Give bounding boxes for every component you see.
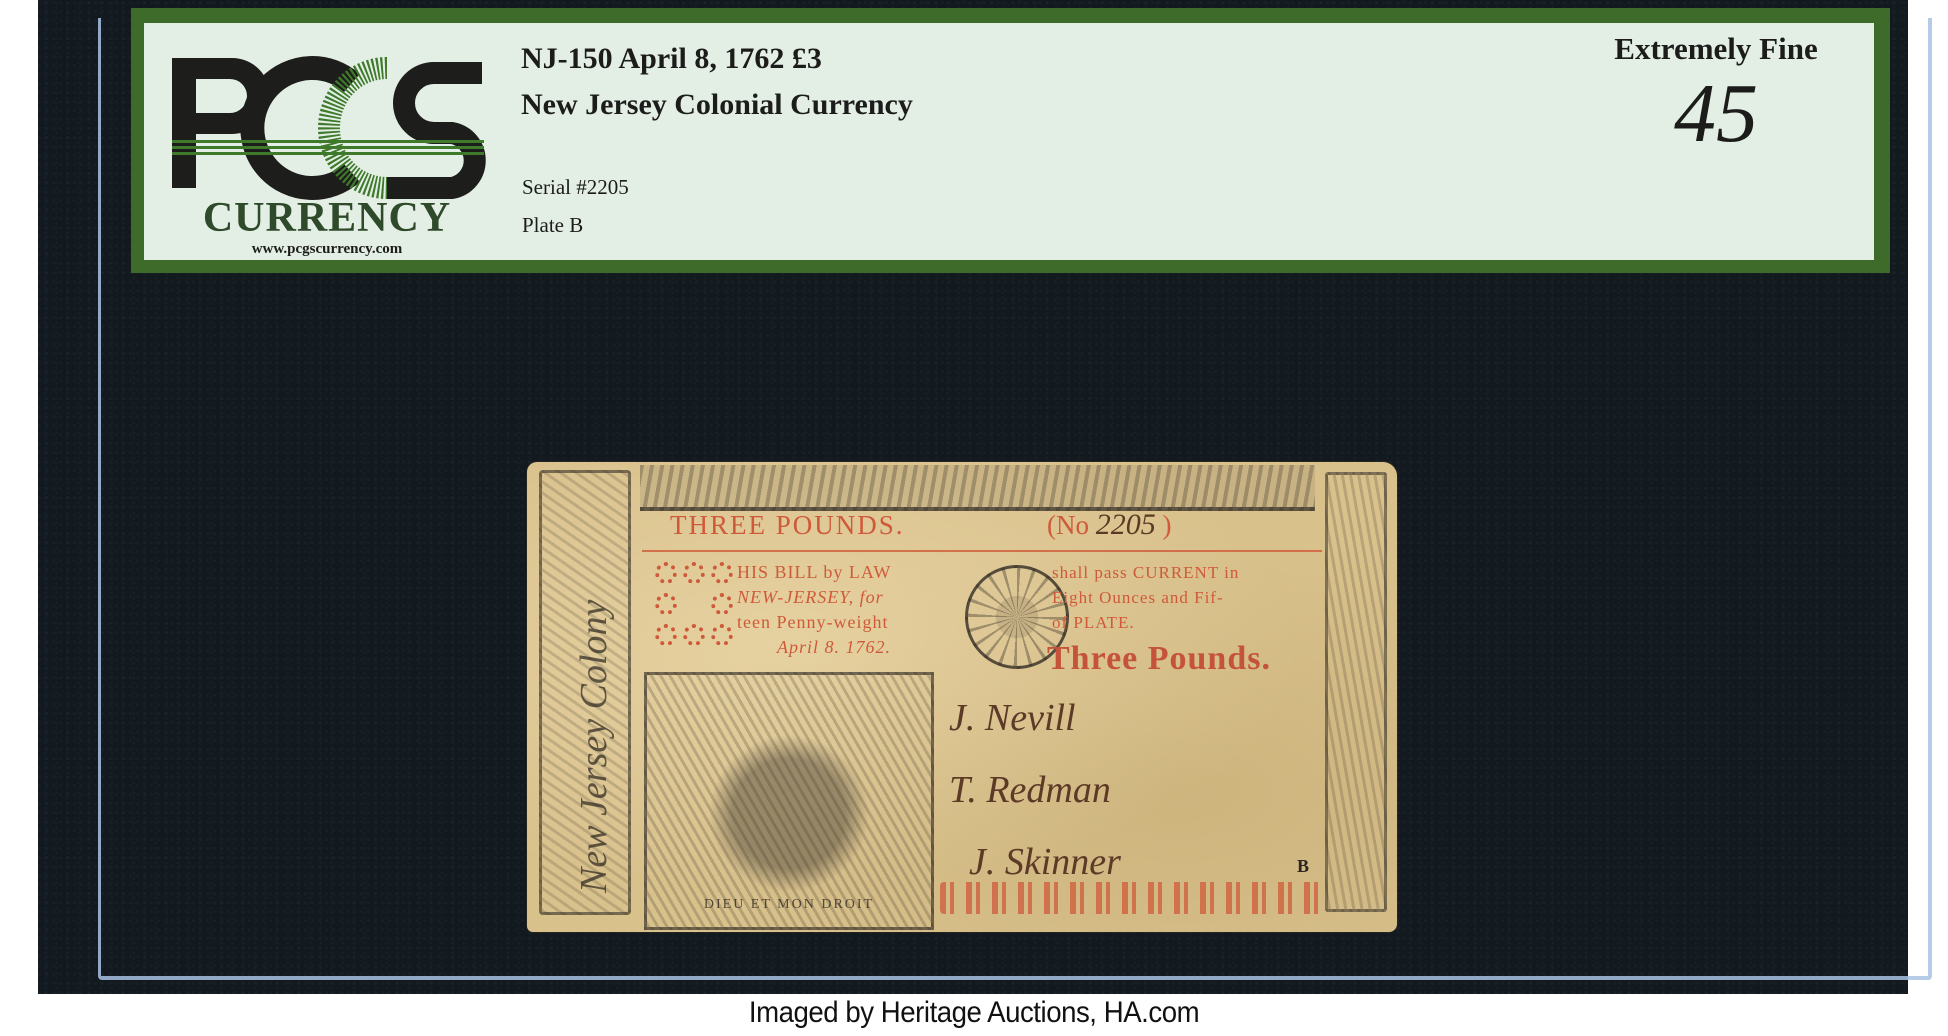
banknote: New Jersey Colony THREE POUNDS. (No 2205… (527, 462, 1397, 932)
red-ornament-border (940, 882, 1325, 914)
grade-description: Extremely Fine (1586, 29, 1846, 69)
rosette-ornaments (652, 560, 742, 653)
denomination-script: Three Pounds. (1047, 640, 1271, 678)
rosette-icon (655, 593, 677, 615)
denomination-header: THREE POUNDS. (670, 510, 905, 541)
image-credit: Imaged by Heritage Auctions, HA.com (78, 996, 1870, 1030)
grade-number: 45 (1586, 69, 1846, 159)
svg-text:CURRENCY: CURRENCY (203, 195, 451, 241)
plate-letter: B (1297, 856, 1309, 877)
bill-date: April 8. 1762. (737, 635, 891, 660)
signatures: J. Nevill T. Redman J. Skinner (949, 682, 1121, 898)
rosette-icon (711, 624, 733, 646)
bill-text-line: teen Penny-weight (737, 610, 891, 635)
bill-text-line: HIS BILL by LAW (737, 560, 891, 585)
pcgs-currency-logo: CURRENCY www.pcgscurrency.com (162, 43, 492, 263)
grading-label: CURRENCY www.pcgscurrency.com NJ-150 Apr… (131, 8, 1890, 273)
vertical-border-text: New Jersey Colony (572, 513, 602, 893)
signature: J. Nevill (949, 682, 1121, 754)
serial-handwritten: 2205 (1096, 508, 1156, 541)
rosette-icon (683, 624, 705, 646)
catalog-info: NJ-150 April 8, 1762 £3 New Jersey Colon… (521, 36, 913, 128)
rosette-icon (655, 562, 677, 584)
right-border-strip (1325, 472, 1387, 912)
rosette-icon (683, 562, 705, 584)
serial-suffix: ) (1163, 510, 1172, 540)
bill-text-line: of PLATE. (1052, 610, 1239, 635)
royal-coat-of-arms: DIEU ET MON DROIT (644, 672, 934, 930)
pcgs-logo-icon: CURRENCY (162, 43, 492, 243)
serial-box: (No 2205 ) (1047, 508, 1172, 542)
catalog-number: NJ-150 April 8, 1762 £3 (521, 36, 913, 82)
bill-text-line: NEW-JERSEY, for (737, 585, 891, 610)
bill-text-left: HIS BILL by LAW NEW-JERSEY, for teen Pen… (737, 560, 891, 660)
holder-photo: CURRENCY www.pcgscurrency.com NJ-150 Apr… (38, 0, 1908, 994)
signature: T. Redman (949, 754, 1121, 826)
note-title: New Jersey Colonial Currency (521, 82, 913, 128)
grade-block: Extremely Fine 45 (1586, 29, 1846, 159)
rosette-icon (683, 593, 705, 615)
grading-label-inner: CURRENCY www.pcgscurrency.com NJ-150 Apr… (144, 23, 1874, 260)
bill-text-right: shall pass CURRENT in Eight Ounces and F… (1052, 560, 1239, 635)
note-meta: Serial #2205 Plate B (522, 168, 629, 244)
red-rule (642, 550, 1322, 552)
bill-text-line: Eight Ounces and Fif- (1052, 585, 1239, 610)
left-border-strip: New Jersey Colony (539, 470, 631, 915)
rosette-icon (655, 624, 677, 646)
rosette-icon (711, 593, 733, 615)
top-border-strip (640, 465, 1315, 511)
bill-text-line: shall pass CURRENT in (1052, 560, 1239, 585)
plate-letter-label: Plate B (522, 206, 629, 244)
rosette-icon (711, 562, 733, 584)
serial-prefix: (No (1047, 510, 1089, 540)
arms-motto: DIEU ET MON DROIT (647, 897, 931, 913)
serial-number: Serial #2205 (522, 168, 629, 206)
pcgs-url: www.pcgscurrency.com (162, 241, 492, 258)
